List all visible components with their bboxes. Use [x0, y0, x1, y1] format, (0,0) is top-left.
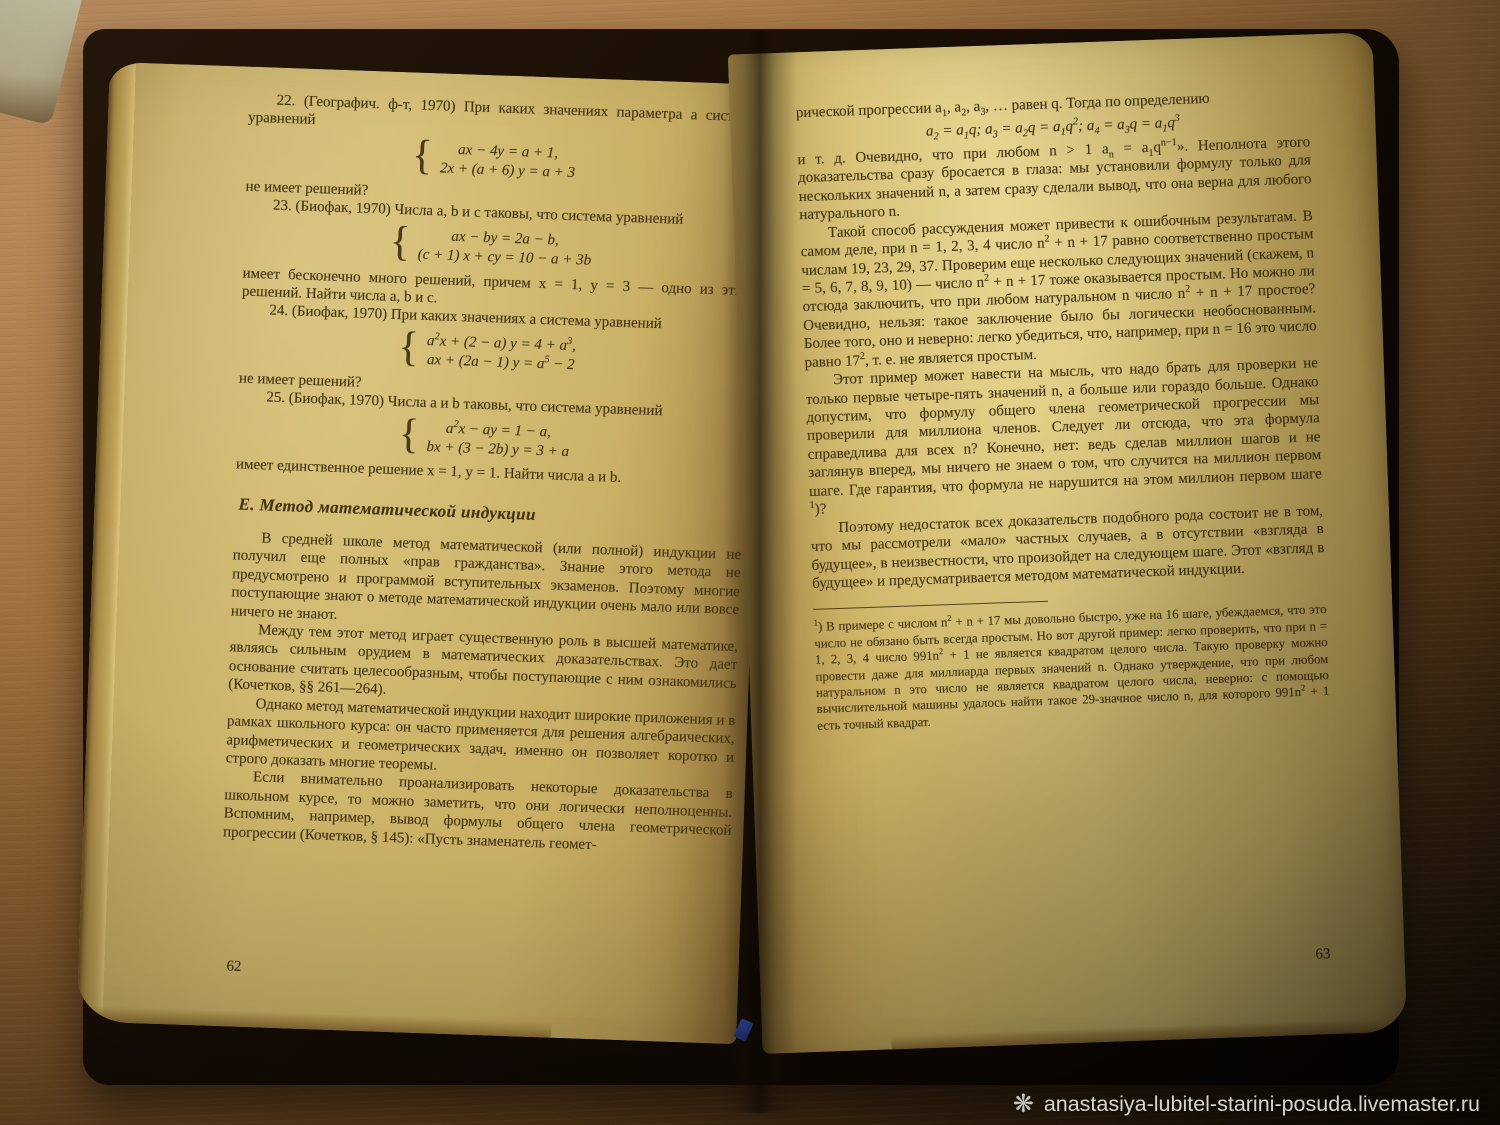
paragraph: Такой способ рассуждения может привести … — [800, 207, 1318, 372]
footnote: 1) В примере с числом n2 + n + 17 мы дов… — [813, 591, 1330, 733]
system-brace: { — [398, 416, 419, 454]
right-page-text: рической прогрессии a1, a2, a3, … равен … — [728, 32, 1396, 736]
left-page-text: 22. (Географич. ф-т, 1970) При каких зна… — [83, 62, 770, 860]
system-brace: { — [398, 329, 419, 367]
footnote-rule — [813, 601, 1048, 610]
equation-line: ax + (2a − 1) y = a5 − 2 — [427, 351, 575, 375]
book-photo-scene: 22. (Географич. ф-т, 1970) При каких зна… — [0, 0, 1500, 1125]
paragraph: В средней школе метод математической (ил… — [231, 528, 742, 638]
paragraph: Этот пример может навести на мысль, что … — [805, 354, 1323, 519]
right-page: рической прогрессии a1, a2, a3, … равен … — [728, 32, 1408, 1054]
page-number-left: 62 — [226, 958, 242, 976]
left-page: 22. (Географич. ф-т, 1970) При каких зна… — [76, 62, 769, 1044]
equation-line: ax − by = 2a − b, — [451, 227, 559, 249]
section-heading: Е. Метод математической индукции — [238, 494, 742, 532]
page-number-right: 63 — [1315, 946, 1331, 964]
ornament-icon: ❋ — [1013, 1092, 1034, 1117]
open-book: 22. (Географич. ф-т, 1970) При каких зна… — [85, 35, 1395, 1075]
equation-line: ax − 4y = a + 1, — [458, 141, 559, 163]
watermark-text: anastasiya-lubitel-starini-posuda.livema… — [1044, 1092, 1480, 1117]
watermark: ❋ anastasiya-lubitel-starini-posuda.live… — [1013, 1092, 1480, 1117]
system-brace: { — [412, 137, 433, 175]
system-brace: { — [389, 223, 410, 261]
footnote-text: 1) В примере с числом n2 + n + 17 мы дов… — [814, 601, 1331, 733]
equation-line: 2x + (a + 6) y = a + 3 — [440, 160, 576, 183]
equation-line: a2x − ay = 1 − a, — [446, 419, 552, 441]
equation-line: bx + (3 − 2b) y = 3 + a — [426, 438, 569, 461]
equation-line: (c + 1) x + cy = 10 − a + 3b — [417, 246, 591, 270]
